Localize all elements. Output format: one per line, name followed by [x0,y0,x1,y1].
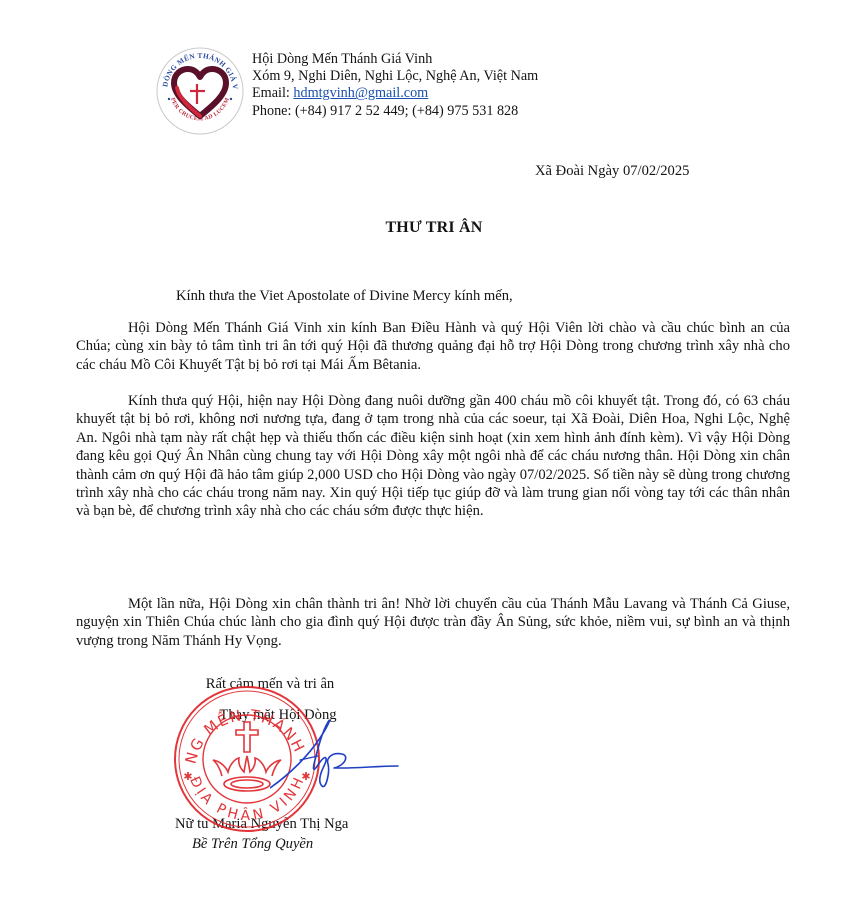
closing-line-2: Thay mặt Hội Dòng [158,707,398,724]
organization-name: Hội Dòng Mến Thánh Giá Vinh [252,51,538,68]
signer-name: Nữ tu Maria Nguyễn Thị Nga [175,816,348,833]
organization-address: Xóm 9, Nghi Diên, Nghi Lộc, Nghệ An, Việ… [252,68,538,85]
dateline: Xã Đoài Ngày 07/02/2025 [535,163,689,180]
heart-cross-seal-icon: HỘI DÒNG MẾN THÁNH GIÁ VINH PER CRUCEM A… [155,46,245,136]
paragraph-text: Hội Dòng Mến Thánh Giá Vinh xin kính Ban… [76,319,790,374]
letter-title: THƯ TRI ÂN [0,219,862,237]
email-label: Email: [252,85,293,101]
paragraph-text: Kính thưa quý Hội, hiện nay Hội Dòng đan… [76,392,790,521]
svg-text:DÒNG MẾN THÁNH GIÁ: DÒNG MẾN THÁNH GIÁ [172,684,311,766]
paragraph-1: Hội Dòng Mến Thánh Giá Vinh xin kính Ban… [76,319,790,374]
salutation: Kính thưa the Viet Apostolate of Divine … [176,288,513,305]
handwritten-signature-icon [270,716,400,806]
paragraph-3: Một lần nữa, Hội Dòng xin chân thành tri… [76,595,790,650]
svg-text:✱: ✱ [301,771,310,783]
paragraph-text: Một lần nữa, Hội Dòng xin chân thành tri… [76,595,790,650]
phone-line: Phone: (+84) 917 2 52 449; (+84) 975 531… [252,103,538,120]
paragraph-2: Kính thưa quý Hội, hiện nay Hội Dòng đan… [76,392,790,521]
email-link[interactable]: hdmtgvinh@gmail.com [293,85,428,101]
signer-title: Bề Trên Tổng Quyền [192,836,313,853]
letter-page: HỘI DÒNG MẾN THÁNH GIÁ VINH PER CRUCEM A… [0,0,862,913]
svg-text:✱: ✱ [183,771,192,783]
closing-line-1: Rất cảm mến và tri ân [150,676,390,693]
letterhead: Hội Dòng Mến Thánh Giá Vinh Xóm 9, Nghi … [252,51,538,120]
email-line: Email: hdmtgvinh@gmail.com [252,85,538,102]
